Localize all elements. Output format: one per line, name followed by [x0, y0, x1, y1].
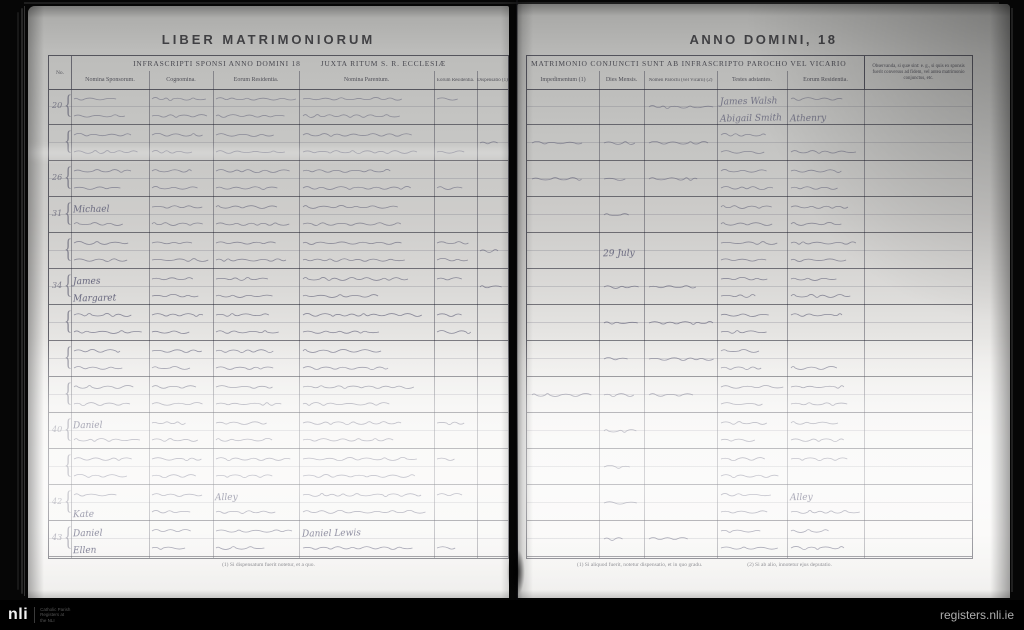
handwritten-entry: [790, 252, 844, 270]
register-row-13: {43DanielEllenDaniel Lewis: [49, 521, 508, 557]
row-number: 42: [52, 497, 62, 506]
right-table-body: James WalshAbigail SmithAthenry29 JulyAl…: [527, 89, 972, 558]
column-header-testes: Testes adstantes.: [717, 73, 787, 87]
handwritten-entry: [151, 379, 193, 397]
handwritten-entry: [720, 271, 769, 289]
handwritten-entry: [790, 288, 849, 306]
handwritten-text: Alley: [790, 487, 813, 505]
handwritten-entry: [790, 307, 843, 325]
handwritten-entry: [302, 216, 402, 234]
handwritten-entry: [436, 180, 460, 198]
handwritten-entry: [603, 351, 629, 369]
handwritten-entry: [215, 307, 268, 325]
right-page-footnotes: (1) Si aliquod fuerit, notetur dispensat…: [577, 562, 977, 568]
handwritten-entry: [215, 504, 275, 522]
handwritten-entry: [790, 216, 844, 234]
row-brace: {: [64, 308, 72, 334]
handwritten-entry: [720, 343, 757, 361]
handwritten-entry: [603, 171, 627, 189]
handwritten-entry: [151, 108, 201, 126]
register-row-13: [527, 521, 972, 557]
handwritten-entry: [648, 99, 707, 117]
register-row-10: [527, 413, 972, 449]
handwritten-entry: [215, 540, 262, 558]
handwritten-entry: [790, 379, 847, 397]
handwritten-text: Daniel: [73, 523, 102, 541]
handwritten-entry: [790, 504, 857, 522]
handwritten-entry: [73, 487, 119, 505]
handwritten-entry: [302, 288, 381, 306]
handwritten-entry: [215, 144, 285, 162]
right-span-header: MATRIMONIO CONJUNCTI SUNT AB INFRASCRIPT…: [527, 56, 868, 71]
register-row-2: [527, 125, 972, 161]
handwritten-entry: [720, 396, 765, 414]
handwritten-entry: [648, 171, 697, 189]
handwritten-entry: [790, 360, 835, 378]
left-span-header: INFRASCRIPTI SPONSI ANNO DOMINI 18 JUXTA…: [71, 56, 508, 71]
left-page: LIBER MATRIMONIORUM No. INFRASCRIPTI SPO…: [28, 6, 509, 598]
row-number: 31: [52, 209, 62, 218]
handwritten-entry: [302, 307, 423, 325]
handwritten-entry: [790, 180, 839, 198]
handwritten-entry: [436, 540, 459, 558]
left-table-header: No. INFRASCRIPTI SPONSI ANNO DOMINI 18 J…: [49, 56, 508, 90]
handwritten-entry: [151, 235, 187, 253]
column-header-impedimentum: Impedimentum (1): [527, 73, 599, 87]
column-header-sponsorum: Nomina Sponsorum.: [71, 73, 149, 87]
handwritten-text: Ellen: [73, 540, 96, 558]
handwritten-entry: [151, 432, 194, 450]
handwritten-entry: [720, 540, 779, 558]
handwritten-entry: [73, 216, 117, 234]
handwritten-entry: [73, 163, 134, 181]
handwritten-entry: [151, 127, 206, 145]
handwritten-entry: [215, 415, 265, 433]
logo-divider: [34, 607, 35, 623]
handwritten-entry: [302, 343, 384, 361]
handwritten-entry: [215, 108, 278, 126]
handwritten-entry: [790, 144, 851, 162]
handwritten-entry: [73, 396, 129, 414]
left-page-title: LIBER MATRIMONIORUM: [28, 32, 509, 47]
column-header-residentia: Eorum Residentia.: [213, 73, 299, 87]
handwritten-entry: [790, 523, 831, 541]
register-row-3: {26: [49, 161, 508, 197]
handwritten-entry: [302, 127, 413, 145]
handwritten-entry: [73, 360, 124, 378]
handwritten-entry: [151, 216, 202, 234]
handwritten-entry: [302, 144, 414, 162]
handwritten-entry: [151, 288, 197, 306]
row-brace: {: [64, 344, 72, 370]
handwritten-entry: [648, 315, 711, 333]
row-brace: {: [64, 164, 72, 190]
handwritten-entry: [73, 451, 136, 469]
handwritten-entry: [479, 135, 495, 153]
handwritten-entry: [720, 487, 764, 505]
handwritten-entry: [720, 432, 758, 450]
handwritten-entry: [151, 271, 193, 289]
book-page-edge: [21, 8, 23, 594]
book-page-edge: [17, 12, 19, 590]
row-brace: {: [64, 488, 72, 514]
row-brace: {: [64, 380, 72, 406]
handwritten-entry: [215, 343, 270, 361]
handwritten-entry: [479, 279, 502, 297]
row-brace: {: [64, 416, 72, 442]
handwritten-entry: [790, 451, 842, 469]
handwritten-entry: [215, 271, 263, 289]
handwritten-entry: [302, 468, 416, 486]
handwritten-entry: [436, 144, 462, 162]
handwritten-text: 29 July: [603, 243, 635, 261]
row-number: 26: [52, 173, 62, 182]
register-row-7: {: [49, 305, 508, 341]
register-row-11: [527, 449, 972, 485]
handwritten-entry: [302, 540, 408, 558]
register-row-1: James WalshAbigail SmithAthenry: [527, 89, 972, 125]
register-row-1: {20: [49, 89, 508, 125]
handwritten-entry: [790, 396, 850, 414]
handwritten-entry: [302, 504, 426, 522]
handwritten-entry: [73, 324, 140, 342]
handwritten-entry: [790, 199, 850, 217]
handwritten-entry: [302, 451, 415, 469]
column-header-parochus: Nomen Parochi (vel Vicarii) (2): [644, 73, 717, 87]
register-row-2: {: [49, 125, 508, 161]
handwritten-entry: [73, 379, 137, 397]
handwritten-entry: [720, 523, 759, 541]
handwritten-entry: [151, 180, 195, 198]
handwritten-entry: [302, 396, 387, 414]
row-number: 20: [52, 101, 62, 110]
nli-logo: nli: [8, 606, 28, 624]
handwritten-entry: [790, 163, 839, 181]
register-row-5: {: [49, 233, 508, 269]
handwritten-entry: [436, 271, 466, 289]
handwritten-entry: [603, 387, 632, 405]
span-header-text: MATRIMONIO CONJUNCTI SUNT AB INFRASCRIPT…: [531, 59, 846, 68]
right-page: ANNO DOMINI, 18 MATRIMONIO CONJUNCTI SUN…: [517, 4, 1010, 598]
row-brace: {: [64, 200, 72, 226]
handwritten-entry: [215, 199, 275, 217]
handwritten-entry: [790, 415, 837, 433]
site-url: registers.nli.ie: [940, 608, 1014, 622]
handwritten-entry: [790, 540, 843, 558]
handwritten-entry: [151, 468, 192, 486]
row-brace: {: [64, 128, 72, 154]
column-header-cognomina: Cognomina.: [149, 73, 213, 87]
register-row-4: {31Michael: [49, 197, 508, 233]
handwritten-entry: [215, 216, 284, 234]
handwritten-entry: [720, 415, 766, 433]
handwritten-entry: [151, 91, 203, 109]
handwritten-entry: [151, 487, 203, 505]
handwritten-text: Kate: [73, 504, 94, 522]
handwritten-entry: [603, 315, 638, 333]
handwritten-entry: [215, 127, 278, 145]
register-row-5: 29 July: [527, 233, 972, 269]
handwritten-entry: [215, 180, 271, 198]
handwritten-entry: [720, 144, 768, 162]
handwritten-entry: [648, 387, 696, 405]
handwritten-entry: [603, 495, 638, 513]
handwritten-entry: [436, 252, 469, 270]
handwritten-entry: [73, 108, 126, 126]
row-brace: {: [64, 92, 72, 118]
register-row-6: {34JamesMargaret: [49, 269, 508, 305]
register-row-6: [527, 269, 972, 305]
handwritten-entry: [720, 307, 765, 325]
watermark-bar: nli Catholic Parish Registers at the NLI…: [0, 600, 1024, 630]
handwritten-text: Daniel Lewis: [302, 523, 361, 541]
row-brace: {: [64, 272, 72, 298]
handwritten-entry: [215, 235, 271, 253]
handwritten-entry: [215, 379, 273, 397]
handwritten-entry: [648, 351, 709, 369]
handwritten-entry: [603, 135, 636, 153]
row-number: 40: [52, 425, 62, 434]
column-header-parentum: Nomina Parentum.: [299, 73, 434, 87]
column-header-dies-mensis: Dies Mensis.: [599, 73, 644, 87]
handwritten-entry: [720, 180, 775, 198]
handwritten-entry: [215, 432, 268, 450]
handwritten-entry: [720, 199, 775, 217]
left-table-body: {20{{26{31Michael{{34JamesMargaret{{{{40…: [49, 89, 508, 558]
register-row-9: {: [49, 377, 508, 413]
handwritten-entry: [648, 279, 696, 297]
handwritten-entry: [790, 235, 855, 253]
handwritten-entry: [720, 324, 761, 342]
handwritten-entry: [603, 459, 628, 477]
span-header-text: JUXTA RITUM S. R. ECCLESIÆ: [321, 59, 446, 68]
handwritten-entry: [790, 271, 839, 289]
handwritten-entry: [720, 127, 767, 145]
handwritten-entry: [151, 540, 187, 558]
handwritten-text: Daniel: [73, 415, 102, 433]
row-brace: {: [64, 452, 72, 478]
handwritten-entry: [302, 360, 390, 378]
column-header-residentia: Eorum Residentia.: [787, 73, 864, 87]
handwritten-entry: [720, 360, 763, 378]
handwritten-entry: [302, 432, 390, 450]
handwritten-text: Alley: [215, 487, 238, 505]
handwritten-entry: [436, 91, 461, 109]
handwritten-entry: [436, 487, 464, 505]
handwritten-entry: [790, 91, 845, 109]
left-register-table: No. INFRASCRIPTI SPONSI ANNO DOMINI 18 J…: [48, 55, 509, 559]
handwritten-entry: [302, 108, 395, 126]
handwritten-entry: [720, 235, 777, 253]
right-table-header: MATRIMONIO CONJUNCTI SUNT AB INFRASCRIPT…: [527, 56, 972, 90]
handwritten-entry: [302, 252, 403, 270]
register-row-7: [527, 305, 972, 341]
handwritten-entry: [436, 415, 465, 433]
handwritten-entry: [215, 288, 271, 306]
handwritten-text: Michael: [73, 199, 110, 217]
right-register-table: MATRIMONIO CONJUNCTI SUNT AB INFRASCRIPT…: [526, 55, 973, 559]
handwritten-entry: [603, 279, 640, 297]
handwritten-entry: [436, 235, 470, 253]
handwritten-entry: [531, 387, 586, 405]
handwritten-text: Athenry: [790, 108, 826, 126]
handwritten-entry: [151, 451, 203, 469]
column-header-residentia-2: Eorum Residentia.: [434, 73, 477, 87]
handwritten-entry: [603, 423, 636, 441]
handwritten-entry: [603, 531, 627, 549]
handwritten-entry: [215, 396, 280, 414]
handwritten-text: Margaret: [73, 288, 116, 306]
handwritten-entry: [215, 523, 292, 541]
handwritten-entry: [302, 199, 401, 217]
handwritten-entry: [603, 207, 626, 225]
handwritten-text: James: [73, 271, 100, 289]
column-header-dispensatio: Dispensatio (1): [477, 73, 508, 87]
handwritten-entry: [73, 91, 116, 109]
handwritten-entry: [302, 415, 400, 433]
row-number: 43: [52, 533, 62, 542]
left-page-footnote: (1) Si dispensatum fuerit notetur, et a …: [28, 562, 509, 568]
handwritten-entry: [720, 288, 757, 306]
handwritten-entry: [302, 271, 410, 289]
handwritten-entry: [215, 468, 275, 486]
nli-tagline: Catholic Parish Registers at the NLI: [40, 607, 70, 624]
handwritten-entry: [73, 307, 132, 325]
handwritten-entry: [302, 487, 425, 505]
handwritten-entry: [436, 451, 458, 469]
handwritten-entry: [720, 468, 778, 486]
handwritten-text: James Walsh: [720, 91, 777, 109]
handwritten-entry: [531, 171, 583, 189]
right-page-title: ANNO DOMINI, 18: [517, 32, 1010, 47]
column-header-no: No.: [49, 56, 72, 89]
handwritten-entry: [151, 199, 203, 217]
handwritten-entry: [215, 451, 290, 469]
handwritten-entry: [790, 432, 844, 450]
register-row-10: {40Daniel: [49, 413, 508, 449]
handwritten-entry: [302, 324, 377, 342]
handwritten-entry: [151, 163, 194, 181]
book-page-edge: [24, 6, 25, 596]
row-number: 34: [52, 281, 62, 290]
right-footnote-2: (2) Si ab alio, innotetur ejus deputatio…: [747, 562, 832, 568]
observanda-note: Observanda, si quæ sint: e. g., si quis …: [864, 56, 972, 89]
handwritten-entry: [436, 324, 472, 342]
handwritten-entry: [648, 135, 710, 153]
handwritten-entry: [215, 252, 290, 270]
register-row-8: [527, 341, 972, 377]
handwritten-entry: [720, 163, 767, 181]
handwritten-entry: [215, 91, 290, 109]
handwritten-entry: [436, 307, 463, 325]
handwritten-entry: [302, 235, 400, 253]
handwritten-entry: [531, 135, 579, 153]
register-row-9: [527, 377, 972, 413]
scanned-register-photo: LIBER MATRIMONIORUM No. INFRASCRIPTI SPO…: [0, 0, 1024, 630]
handwritten-entry: [73, 180, 120, 198]
handwritten-entry: [73, 468, 122, 486]
handwritten-entry: [720, 504, 770, 522]
handwritten-entry: [302, 91, 403, 109]
handwritten-entry: [73, 127, 128, 145]
handwritten-entry: [151, 360, 186, 378]
register-book: LIBER MATRIMONIORUM No. INFRASCRIPTI SPO…: [0, 0, 1024, 600]
handwritten-entry: [720, 379, 776, 397]
handwritten-entry: [73, 432, 137, 450]
handwritten-entry: [720, 451, 764, 469]
handwritten-entry: [73, 144, 138, 162]
handwritten-entry: [302, 379, 411, 397]
handwritten-text: Abigail Smith: [720, 108, 782, 126]
handwritten-entry: [215, 360, 272, 378]
book-right-edge: [1011, 8, 1013, 592]
register-row-11: {: [49, 449, 508, 485]
handwritten-entry: [215, 163, 286, 181]
row-brace: {: [64, 236, 72, 262]
handwritten-entry: [302, 163, 391, 181]
register-row-4: [527, 197, 972, 233]
handwritten-entry: [720, 252, 763, 270]
handwritten-entry: [151, 504, 192, 522]
register-row-12: Alley: [527, 485, 972, 521]
handwritten-entry: [151, 307, 206, 325]
handwritten-entry: [151, 324, 193, 342]
handwritten-entry: [151, 252, 205, 270]
handwritten-entry: [302, 180, 413, 198]
handwritten-entry: [215, 324, 276, 342]
span-header-text: INFRASCRIPTI SPONSI ANNO DOMINI 18: [133, 59, 301, 68]
handwritten-entry: [151, 343, 204, 361]
handwritten-entry: [720, 216, 766, 234]
row-brace: {: [64, 524, 72, 550]
handwritten-entry: [151, 144, 195, 162]
handwritten-entry: [479, 243, 500, 261]
handwritten-entry: [151, 523, 186, 541]
handwritten-entry: [151, 396, 203, 414]
handwritten-entry: [73, 235, 128, 253]
register-row-12: {42KateAlley: [49, 485, 508, 521]
tagline-line: the NLI: [40, 618, 70, 624]
right-footnote-1: (1) Si aliquod fuerit, notetur dispensat…: [577, 562, 702, 568]
handwritten-entry: [648, 531, 688, 549]
handwritten-entry: [151, 415, 187, 433]
handwritten-entry: [73, 252, 126, 270]
register-row-3: [527, 161, 972, 197]
handwritten-entry: [73, 343, 123, 361]
register-row-8: {: [49, 341, 508, 377]
